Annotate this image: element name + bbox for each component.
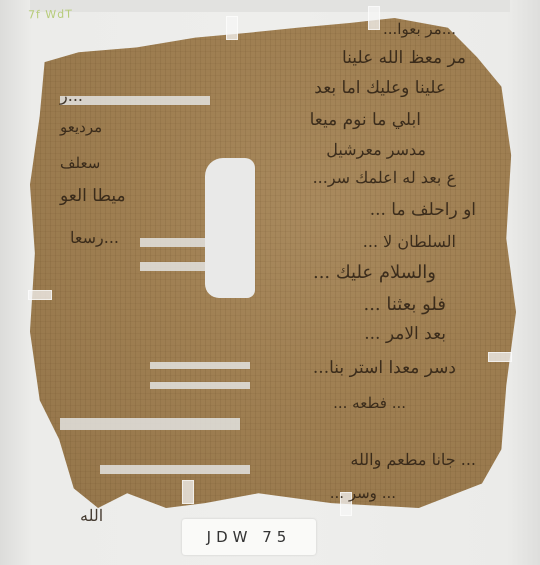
text-line: السلطان لا ... [363, 232, 456, 251]
text-line: ... فطعه ... [333, 394, 406, 412]
text-line: فلو بعثنا ... [363, 294, 446, 315]
text-line: بعد الامر ... [364, 324, 446, 344]
text-line: او راحلف ما ... [370, 200, 476, 220]
text-line: علينا وعليك اما بعد [314, 78, 446, 98]
text-line: والسلام عليك ... [313, 262, 436, 283]
text-line: ... وسر ... [330, 484, 396, 502]
text-line: الله [80, 506, 103, 525]
text-line: مرديعو [60, 118, 102, 136]
text-line: مدسر معرشيل [326, 140, 426, 159]
text-line: ...ر [60, 86, 83, 105]
text-line: ...مر بعوا... [383, 20, 456, 38]
text-line: مر معظ الله علينا [342, 48, 466, 68]
catalog-label: JDW 75 [182, 519, 316, 555]
catalog-label-text: JDW 75 [207, 528, 292, 546]
text-line: ابلي ما نوم ميعا [310, 110, 421, 130]
text-line: سعلف [60, 154, 100, 172]
text-line: ... جانا مطعم والله [350, 450, 476, 469]
manuscript-text: ...مر بعوا... مر معظ الله علينا علينا وع… [30, 18, 516, 508]
mount-top-edge [30, 0, 510, 12]
text-line: ع بعد له اعلمك سر... [313, 168, 456, 187]
text-line: دسر معدا استر بنا... [313, 358, 456, 378]
text-line: ميطا العو [60, 186, 126, 206]
text-line: ...رسعا [70, 228, 119, 247]
